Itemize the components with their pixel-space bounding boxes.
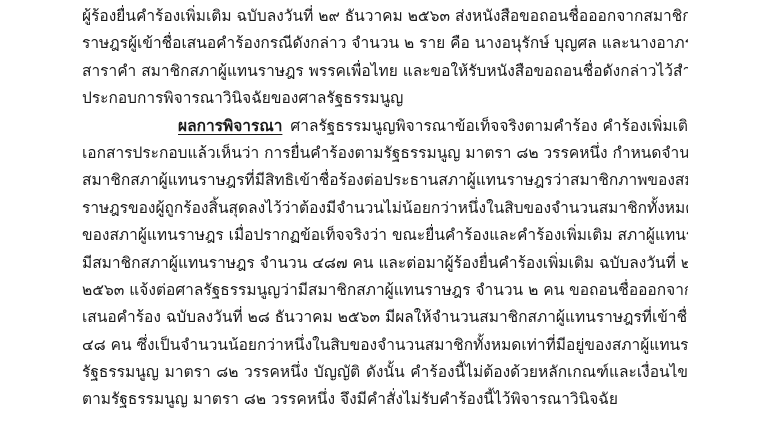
text-line: ผู้ร้องยื่นคำร้องเพิ่มเติม ฉบับลงวันที่ … xyxy=(82,3,688,30)
text-line: ประกอบการพิจารณาวินิจฉัยของศาลรัฐธรรมนูญ xyxy=(82,85,688,112)
text-line-with-heading: ผลการพิจารณาศาลรัฐธรรมนูญพิจารณาข้อเท็จจ… xyxy=(82,113,688,140)
text-line: รัฐธรรมนูญ มาตรา ๘๒ วรรคหนึ่ง บัญญัติ ดั… xyxy=(82,359,688,386)
text-line: เอกสารประกอบแล้วเห็นว่า การยื่นคำร้องตาม… xyxy=(82,140,688,167)
text-line: ๔๘ คน ซึ่งเป็นจำนวนน้อยกว่าหนึ่งในสิบของ… xyxy=(82,332,688,359)
paragraph-consideration-result: ผลการพิจารณาศาลรัฐธรรมนูญพิจารณาข้อเท็จจ… xyxy=(82,113,688,414)
text-line: ของสภาผู้แทนราษฎร เมื่อปรากฏข้อเท็จจริงว… xyxy=(82,222,688,249)
document-page: ผู้ร้องยื่นคำร้องเพิ่มเติม ฉบับลงวันที่ … xyxy=(82,3,688,414)
text-line: สมาชิกสภาผู้แทนราษฎรที่มีสิทธิเข้าชื่อร้… xyxy=(82,167,688,194)
text-line: ราษฎรของผู้ถูกร้องสิ้นสุดลงไว้ว่าต้องมีจ… xyxy=(82,195,688,222)
section-heading: ผลการพิจารณา xyxy=(178,117,282,135)
text-line: ๒๕๖๓ แจ้งต่อศาลรัฐธรรมนูญว่ามีสมาชิกสภาผ… xyxy=(82,277,688,304)
text-line: ราษฎรผู้เข้าชื่อเสนอคำร้องกรณีดังกล่าว จ… xyxy=(82,30,688,57)
text-line: สาราคำ สมาชิกสภาผู้แทนราษฎร พรรคเพื่อไทย… xyxy=(82,58,688,85)
text-line: ตามรัฐธรรมนูญ มาตรา ๘๒ วรรคหนึ่ง จึงมีคำ… xyxy=(82,386,688,413)
text-fragment: ศาลรัฐธรรมนูญพิจารณาข้อเท็จจริงตามคำร้อง… xyxy=(290,117,688,135)
text-line: มีสมาชิกสภาผู้แทนราษฎร จำนวน ๔๘๗ คน และต… xyxy=(82,250,688,277)
paragraph-petition-withdrawal: ผู้ร้องยื่นคำร้องเพิ่มเติม ฉบับลงวันที่ … xyxy=(82,3,688,113)
text-line: เสนอคำร้อง ฉบับลงวันที่ ๒๘ ธันวาคม ๒๕๖๓ … xyxy=(82,304,688,331)
